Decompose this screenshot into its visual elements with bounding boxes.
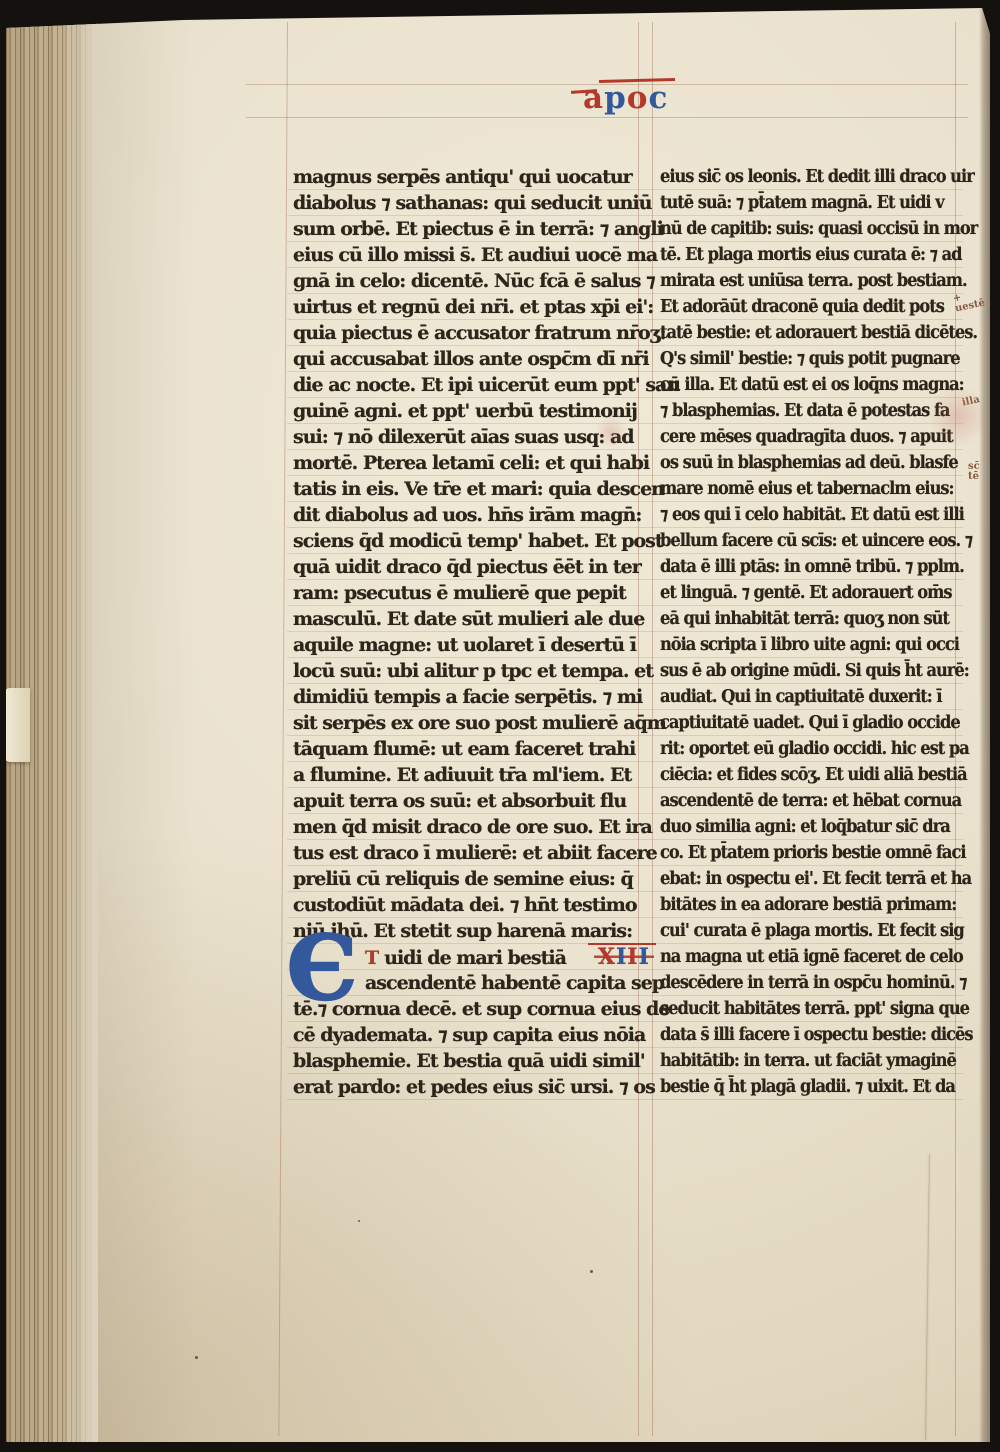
binding-gutter-shadow [6, 4, 196, 1442]
text-line: quā uidit draco q̄d piectus ēēt in ter [293, 554, 645, 580]
text-line: duo similia agni: et loq̄batur sic̄ dra [660, 814, 959, 840]
text-line: ebat: in ospectu ei'. Et fecit terrā et … [660, 866, 959, 892]
text-line: sit serpēs ex ore suo post mulierē aq̄m [293, 710, 645, 736]
chapter-13-opening: Є Tuidi de mari bestiāXIII ascendentē ha… [293, 944, 645, 996]
chapter-first-line: uidi de mari bestiā [384, 947, 566, 969]
text-line: tus est draco ī mulierē: et abiit facere [293, 840, 645, 866]
text-line: a flumine. Et adiuuit tr̄a ml'iem. Et [293, 762, 645, 788]
text-line: erat pardo: et pedes eius sic̄ ursi. ⁊ o… [293, 1074, 645, 1100]
marginal-note-ueste: + uestē [952, 290, 982, 315]
text-line: magnus serpēs antiqu' qui uocatur [293, 164, 645, 190]
parchment-speck [195, 1356, 198, 1359]
chapter-number-XIII: XIII [594, 944, 654, 970]
text-line: cū illa. Et datū est ei os loq̄ns magna: [660, 372, 959, 398]
fore-edge-shadow [979, 4, 990, 1442]
text-line: aquile magne: ut uolaret ī desertū ī [293, 632, 645, 658]
parchment-crease [925, 1154, 930, 1440]
text-line: bitātes in ea adorare bestiā primam: [660, 892, 959, 918]
text-line: qui accusabat illos ante ospc̄m dī nr̄i [293, 346, 645, 372]
text-line: mare nomē eius et tabernaclm eius: [660, 476, 959, 502]
text-line: data s̄ illi facere ī ospectu bestie: di… [660, 1022, 959, 1048]
running-title-letter: o [627, 80, 649, 116]
text-line: data ē illi ptās: in omnē tribū. ⁊ pplm. [660, 554, 959, 580]
text-column-right: eius sic̄ os leonis. Et dedit illi draco… [660, 164, 959, 1100]
text-line: locū suū: ubi alitur p tpc et tempa. et [293, 658, 645, 684]
text-line: nōia scripta ī libro uite agni: qui occi [660, 632, 959, 658]
text-line: gnā in celo: dicentē. Nūc fcā ē salus ⁊ [293, 268, 645, 294]
text-line: ⁊ blasphemias. Et data ē potestas fa [660, 398, 959, 424]
text-line: sciens q̄d modicū temp' habet. Et post [293, 528, 645, 554]
text-line: mirata est uniūsa terra. post bestiam. [660, 268, 959, 294]
running-title-letter: a [583, 80, 604, 116]
text-line: diabolus ⁊ sathanas: qui seducit uniū [293, 190, 645, 216]
text-line: bellum facere cū scīs: et uincere eos. ⁊ [660, 528, 959, 554]
running-title-letter: p [604, 80, 627, 116]
text-line: eius cū illo missi s̄. Et audiui uocē ma [293, 242, 645, 268]
rubricated-letter-T: T [365, 947, 378, 969]
text-line: dimidiū tempis a facie serpētis. ⁊ mi [293, 684, 645, 710]
manuscript-photograph: { "header": { "title": "apoc", "letters"… [0, 0, 1000, 1452]
text-line: guinē agni. et ppt' uerbū testimonij [293, 398, 645, 424]
text-line: tē. Et plaga mortis eius curata ē: ⁊ ad [660, 242, 959, 268]
text-line: Et adorāūt draconē quia dedit pots [660, 294, 959, 320]
text-line: mortē. Pterea letamī celi: et qui habi [293, 450, 645, 476]
illuminated-initial-E: Є [287, 936, 357, 1002]
text-line: masculū. Et date sūt mulieri ale due [293, 606, 645, 632]
vellum-tab-marker [4, 688, 30, 762]
text-line: rit: oportet eū gladio occidi. hic est p… [660, 736, 959, 762]
running-title-letter: c [648, 80, 668, 116]
text-line: custodiūt mādata dei. ⁊ hn̄t testimo [293, 892, 645, 918]
text-line: seducit habitātes terrā. ppt' signa que [660, 996, 959, 1022]
text-line: tutē suā: ⁊ pt̄atem magnā. Et uidi v [660, 190, 959, 216]
text-line: sum orbē. Et piectus ē in terrā: ⁊ angli [293, 216, 645, 242]
manuscript-page: apoc magnus serpēs antiqu' qui uocaturdi… [6, 4, 990, 1442]
text-line: ⁊ eos qui ī celo habitāt. Et datū est il… [660, 502, 959, 528]
text-line: habitātib: in terra. ut faciāt ymaginē [660, 1048, 959, 1074]
text-line: et linguā. ⁊ gentē. Et adorauert om̄s [660, 580, 959, 606]
text-line: eā qui inhabitāt terrā: quoʒ non sūt [660, 606, 959, 632]
parchment-speck [590, 1270, 593, 1273]
text-line: ascendentē de terra: et hēbat cornua [660, 788, 959, 814]
text-line: ciēcia: et fides scōʒ. Et uidi aliā best… [660, 762, 959, 788]
marginal-note-sc: sc̄ tē [968, 462, 994, 482]
text-line: na magna ut etiā ignē faceret de celo [660, 944, 959, 970]
text-line: eius sic̄ os leonis. Et dedit illi draco… [660, 164, 959, 190]
text-line: quia piectus ē accusator fratrum nr̄oʒ: [293, 320, 645, 346]
parchment-speck [358, 1220, 360, 1222]
text-line: os suū in blasphemias ad deū. blasfe [660, 450, 959, 476]
right-column-text: eius sic̄ os leonis. Et dedit illi draco… [660, 164, 959, 1100]
text-column-left: magnus serpēs antiqu' qui uocaturdiabolu… [293, 164, 645, 1100]
text-line: bestie q̄ h̄t plagā gladii. ⁊ uixit. Et … [660, 1074, 959, 1100]
text-line: sui: ⁊ nō dilexerūt aīas suas usq: ad [293, 424, 645, 450]
text-line: preliū cū reliquis de semine eius: q̄ [293, 866, 645, 892]
text-line: blasphemie. Et bestia quā uidi simil' [293, 1048, 645, 1074]
text-line: cui' curata ē plaga mortis. Et fecit sig [660, 918, 959, 944]
text-line: ram: psecutus ē mulierē que pepit [293, 580, 645, 606]
text-line: die ac nocte. Et ipi uicerūt eum ppt' sa… [293, 372, 645, 398]
text-line: nū de capitib: suis: quasi occisū in mor [660, 216, 959, 242]
ruling-line-header-bottom [246, 117, 968, 118]
text-line: tatis in eis. Ve tr̄e et mari: quia desc… [293, 476, 645, 502]
text-line: tatē bestie: et adorauert bestiā dicētes… [660, 320, 959, 346]
text-line: cē dyademata. ⁊ sup capita eius nōia [293, 1022, 645, 1048]
ruling-line-vertical-left [278, 22, 288, 1436]
text-line: descēdere in terrā in ospc̄u hominū. ⁊ [660, 970, 959, 996]
text-line: cere mēses quadragīta duos. ⁊ apuit [660, 424, 959, 450]
text-line: uirtus et regnū dei nr̄i. et ptas xp̄i e… [293, 294, 645, 320]
text-line: Q's simil' bestie: ⁊ quis potit pugnare [660, 346, 959, 372]
running-title-apoc: apoc [583, 81, 668, 117]
text-line: men q̄d misit draco de ore suo. Et ira [293, 814, 645, 840]
left-column-upper-text: magnus serpēs antiqu' qui uocaturdiabolu… [293, 164, 645, 944]
text-line: audiat. Qui in captiuitatē duxerit: ī [660, 684, 959, 710]
text-line: sus ē ab origine mūdi. Si quis h̄t aurē: [660, 658, 959, 684]
text-line: dit diabolus ad uos. hn̄s irām magn̄: [293, 502, 645, 528]
text-line: apuit terra os suū: et absorbuit flu [293, 788, 645, 814]
text-line: co. Et pt̄atem prioris bestie omnē faci [660, 840, 959, 866]
text-line: tāquam flumē: ut eam faceret trahi [293, 736, 645, 762]
text-line: captiuitatē uadet. Qui ī gladio occide [660, 710, 959, 736]
